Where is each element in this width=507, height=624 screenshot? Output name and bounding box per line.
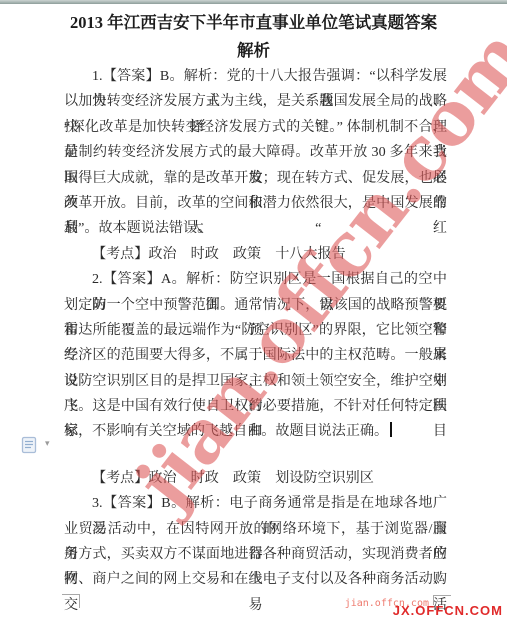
doc-line: 改革开放。目前，改革的空间和潜力依然很大，是中国发展的最大“红: [64, 191, 447, 216]
paste-options-button[interactable]: ▾: [20, 436, 54, 456]
empty-paragraph: [64, 445, 447, 466]
doc-line: 2.【答案】A。解析：防空识别区是一国根据自己的空中防御需要: [64, 267, 447, 292]
keypoint-line: 【考点】政治 时政 政策 划设防空识别区: [64, 466, 447, 491]
window-edge-bar: [0, 0, 507, 4]
doc-line: 3.【答案】B。解析：电子商务通常是指是在地球各地广泛的商: [64, 491, 447, 516]
document-edit-area[interactable]: 1.【答案】B。解析：党的十八大报告强调：“以科学发展为主题、 以加快转变经济发…: [64, 64, 447, 593]
doc-line: 物、商户之间的网上交易和在线电子支付以及各种商务活动、交易活: [64, 567, 447, 592]
doc-line: 用方式，买卖双方不谋面地进行各种商贸活动，实现消费者的网上购: [64, 542, 447, 567]
doc-line: 业贸易活动中，在因特网开放的网络环境下，基于浏览器/服务器应: [64, 517, 447, 542]
footer-site-url-brand: JX.OFFCN.COM: [393, 603, 503, 618]
doc-line-text: 标，不影响有关空域的飞越自由。故题目说法正确。: [64, 423, 388, 439]
doc-line: 雷达所能覆盖的最远端作为“防空识别区”的界限，它比领空和专属: [64, 318, 447, 343]
clipboard-icon: [20, 442, 39, 459]
doc-line: 以加快转变经济发展方式为主线，是关系我国发展全局的战略抉择”，: [64, 89, 447, 114]
doc-line: 标，不影响有关空域的飞越自由。故题目说法正确。: [64, 419, 447, 444]
doc-line: 1.【答案】B。解析：党的十八大报告强调：“以科学发展为主题、: [64, 64, 447, 89]
document-title: 2013 年江西吉安下半年市直事业单位笔试真题答案 解析: [40, 9, 467, 65]
keypoint-line: 【考点】政治 时政 政策 十八大报告: [64, 242, 447, 267]
word-document-page: 2013 年江西吉安下半年市直事业单位笔试真题答案 解析 1.【答案】B。解析：…: [0, 0, 507, 624]
doc-line: 序。这是中国有效行使自卫权的必要措施，不针对任何特定国家和目: [64, 394, 447, 419]
page-margin-corner-left: [62, 594, 80, 608]
doc-line: 经济区的范围要大得多，不属于国际法中的主权范畴。一般来说，划: [64, 343, 447, 368]
doc-line: 划定的一个空中预警范围。通常情况下，以该国的战略预警机和预警: [64, 293, 447, 318]
chevron-down-icon: ▾: [45, 439, 50, 449]
doc-line: “深化改革是加快转变经济发展方式的关键。” 体制机制不合理是当: [64, 115, 447, 140]
document-title-line2: 解析: [40, 37, 467, 65]
document-title-line1: 2013 年江西吉安下半年市直事业单位笔试真题答案: [40, 9, 467, 37]
doc-line: 设防空识别区目的是捍卫国家主权和领土领空安全，维护空中飞行秩: [64, 369, 447, 394]
doc-line: 前制约转变经济发展方式的最大障碍。改革开放 30 多年来我国发展: [64, 140, 447, 165]
doc-line: 取得巨大成就，靠的是改革开放；现在转方式、促发展，也必须依靠: [64, 166, 447, 191]
text-cursor: [390, 422, 392, 437]
